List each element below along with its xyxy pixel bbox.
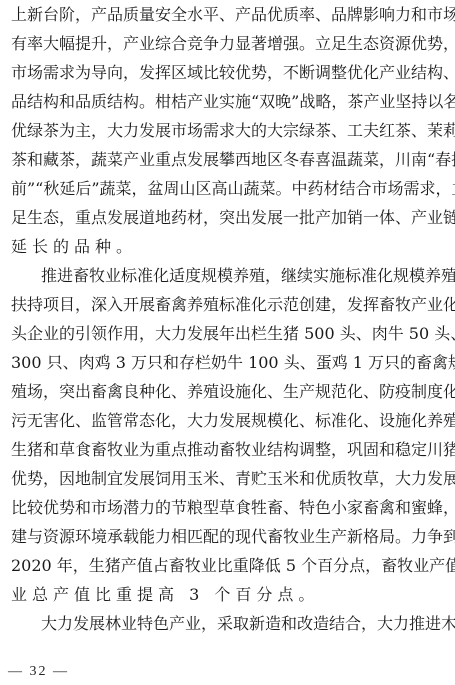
text-line: 有率大幅提升，产业综合竞争力显著增强。立足生态资源优势，以 — [11, 29, 447, 58]
page-number: — 32 — — [8, 661, 69, 683]
text-line: 大力发展林业特色产业，采取新造和改造结合，大力推进木本 — [11, 609, 447, 638]
text-line: 头企业的引领作用，大力发展年出栏生猪 500 头、肉牛 50 头、肉羊 — [11, 319, 447, 348]
text-line: 污无害化、监管常态化，大力发展规模化、标准化、设施化养殖。以 — [11, 406, 447, 435]
paragraph-2: 推进畜牧业标准化适度规模养殖，继续实施标准化规模养殖 扶持项目，深入开展畜禽养殖… — [11, 261, 447, 609]
text-line: 足生态，重点发展道地药材，突出发展一批产加销一体、产业链条 — [11, 203, 447, 232]
text-line: 业总产值比重提高 3 个百分点。 — [11, 580, 447, 609]
text-line: 茶和藏茶，蔬菜产业重点发展攀西地区冬春喜温蔬菜，川南“春提 — [11, 145, 447, 174]
text-line: 2020 年，生猪产值占畜牧业比重降低 5 个百分点，畜牧业产值占农 — [11, 551, 447, 580]
text-line: 生猪和草食畜牧业为重点推动畜牧业结构调整，巩固和稳定川猪 — [11, 435, 447, 464]
text-line: 300 只、肉鸡 3 万只和存栏奶牛 100 头、蛋鸡 1 万只的畜禽规模养 — [11, 348, 447, 377]
text-line: 市场需求为导向，发挥区域比较优势，不断调整优化产业结构、产 — [11, 58, 447, 87]
text-line: 比较优势和市场潜力的节粮型草食牲畜、特色小家畜禽和蜜蜂，构 — [11, 493, 447, 522]
paragraph-1: 上新台阶，产品质量安全水平、产品优质率、品牌影响力和市场占 有率大幅提升，产业综… — [11, 0, 447, 261]
text-line: 上新台阶，产品质量安全水平、产品优质率、品牌影响力和市场占 — [11, 0, 447, 29]
text-line: 优势，因地制宜发展饲用玉米、青贮玉米和优质牧草，大力发展有 — [11, 464, 447, 493]
text-line: 品结构和品质结构。柑桔产业实施“双晚”战略，茶产业坚持以名 — [11, 87, 447, 116]
text-line: 前”“秋延后”蔬菜，盆周山区高山蔬菜。中药材结合市场需求，立 — [11, 174, 447, 203]
text-line: 延长的品种。 — [11, 232, 447, 261]
text-line: 扶持项目，深入开展畜禽养殖标准化示范创建，发挥畜牧产业化龙 — [11, 290, 447, 319]
paragraph-3: 大力发展林业特色产业，采取新造和改造结合，大力推进木本 — [11, 609, 447, 638]
text-line: 优绿茶为主，大力发展市场需求大的大宗绿茶、工夫红茶、茉莉花 — [11, 116, 447, 145]
text-line: 殖场，突出畜禽良种化、养殖设施化、生产规范化、防疫制度化、粪 — [11, 377, 447, 406]
text-line: 推进畜牧业标准化适度规模养殖，继续实施标准化规模养殖 — [11, 261, 447, 290]
document-page: 上新台阶，产品质量安全水平、产品优质率、品牌影响力和市场占 有率大幅提升，产业综… — [11, 0, 447, 638]
text-line: 建与资源环境承载能力相匹配的现代畜牧业生产新格局。力争到 — [11, 522, 447, 551]
